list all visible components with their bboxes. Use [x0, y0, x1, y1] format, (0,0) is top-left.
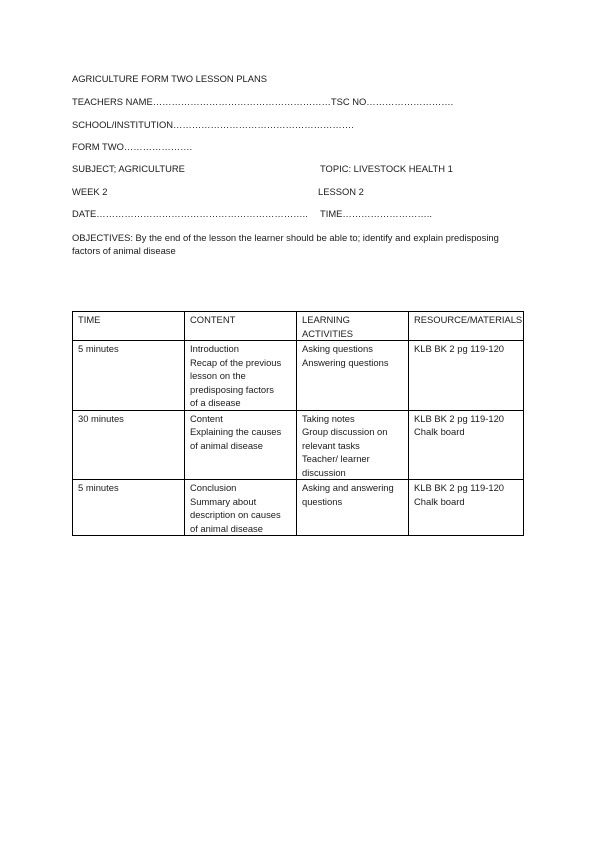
subject-field: SUBJECT; AGRICULTURE: [72, 163, 185, 174]
cell-line: description on causes: [190, 508, 291, 522]
cell-line: 5 minutes: [78, 342, 179, 356]
cell-time: 5 minutes: [73, 341, 185, 411]
cell-line: Summary about: [190, 495, 291, 509]
cell-line: of a disease: [190, 396, 291, 410]
cell-resources: KLB BK 2 pg 119-120Chalk board: [409, 480, 524, 536]
cell-line: predisposing factors: [190, 383, 291, 397]
cell-line: KLB BK 2 pg 119-120: [414, 481, 518, 495]
table-row: 5 minutes ConclusionSummary aboutdescrip…: [73, 480, 524, 536]
cell-line: Content: [190, 412, 291, 426]
document-title: AGRICULTURE FORM TWO LESSON PLANS: [72, 73, 267, 84]
cell-activities: Taking notesGroup discussion onrelevant …: [297, 410, 409, 480]
time-field: TIME………………………..: [320, 208, 432, 219]
cell-line: Conclusion: [190, 481, 291, 495]
cell-line: Asking questions: [302, 342, 403, 356]
cell-line: Answering questions: [302, 356, 403, 370]
cell-activities: Asking and answeringquestions: [297, 480, 409, 536]
cell-line: lesson on the: [190, 369, 291, 383]
lesson-plan-table: TIME CONTENT LEARNING ACTIVITIES RESOURC…: [72, 311, 524, 536]
cell-line: Explaining the causes: [190, 425, 291, 439]
cell-line: Taking notes: [302, 412, 403, 426]
table-row: 30 minutes ContentExplaining the causeso…: [73, 410, 524, 480]
cell-content: ConclusionSummary aboutdescription on ca…: [185, 480, 297, 536]
cell-line: Teacher/ learner: [302, 452, 403, 466]
cell-line: Asking and answering: [302, 481, 403, 495]
objectives-text: OBJECTIVES: By the end of the lesson the…: [72, 231, 527, 257]
topic-field: TOPIC: LIVESTOCK HEALTH 1: [320, 163, 453, 174]
header-learning-activities: LEARNING ACTIVITIES: [297, 312, 409, 341]
header-time: TIME: [73, 312, 185, 341]
cell-time: 5 minutes: [73, 480, 185, 536]
table-row: 5 minutes IntroductionRecap of the previ…: [73, 341, 524, 411]
table-header-row: TIME CONTENT LEARNING ACTIVITIES RESOURC…: [73, 312, 524, 341]
cell-line: discussion: [302, 466, 403, 480]
cell-line: KLB BK 2 pg 119-120: [414, 412, 518, 426]
cell-content: IntroductionRecap of the previouslesson …: [185, 341, 297, 411]
cell-line: questions: [302, 495, 403, 509]
cell-activities: Asking questionsAnswering questions: [297, 341, 409, 411]
cell-line: of animal disease: [190, 522, 291, 536]
date-field: DATE…………………………………………………………..: [72, 208, 308, 219]
school-field: SCHOOL/INSTITUTION………………………………………………….: [72, 119, 354, 130]
teachers-name-field: TEACHERS NAME…………………………………………………TSC NO………: [72, 96, 453, 107]
cell-content: ContentExplaining the causesof animal di…: [185, 410, 297, 480]
cell-line: Recap of the previous: [190, 356, 291, 370]
cell-line: Group discussion on: [302, 425, 403, 439]
cell-line: of animal disease: [190, 439, 291, 453]
cell-resources: KLB BK 2 pg 119-120: [409, 341, 524, 411]
cell-line: KLB BK 2 pg 119-120: [414, 342, 518, 356]
cell-line: 5 minutes: [78, 481, 179, 495]
cell-line: relevant tasks: [302, 439, 403, 453]
cell-resources: KLB BK 2 pg 119-120Chalk board: [409, 410, 524, 480]
cell-line: Chalk board: [414, 495, 518, 509]
cell-time: 30 minutes: [73, 410, 185, 480]
cell-line: 30 minutes: [78, 412, 179, 426]
header-content: CONTENT: [185, 312, 297, 341]
lesson-field: LESSON 2: [318, 186, 364, 197]
form-field: FORM TWO………………….: [72, 141, 192, 152]
cell-line: Introduction: [190, 342, 291, 356]
week-field: WEEK 2: [72, 186, 107, 197]
cell-line: Chalk board: [414, 425, 518, 439]
header-resources: RESOURCE/MATERIALS: [409, 312, 524, 341]
